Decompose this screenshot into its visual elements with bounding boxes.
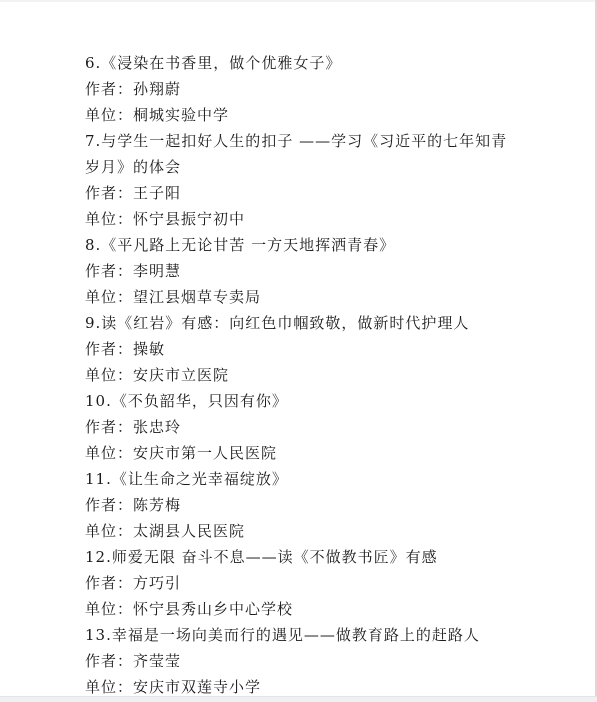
entry-7-title-line1: 7.与学生一起扣好人生的扣子 ——学习《习近平的七年知青 (85, 128, 525, 154)
entry-13-title: 13.幸福是一场向美而行的遇见——做教育路上的赶路人 (85, 622, 525, 648)
entry-12-title: 12.师爱无限 奋斗不息——读《不做教书匠》有感 (85, 544, 525, 570)
entry-8-unit: 单位：望江县烟草专卖局 (85, 284, 525, 310)
entry-11-title: 11.《让生命之光幸福绽放》 (85, 466, 525, 492)
entry-12-unit: 单位：怀宁县秀山乡中心学校 (85, 596, 525, 622)
entry-6-title: 6.《浸染在书香里，做个优雅女子》 (85, 50, 525, 76)
entry-10-title: 10.《不负韶华，只因有你》 (85, 388, 525, 414)
entry-7-title-line2: 岁月》的体会 (85, 154, 525, 180)
entry-12-author: 作者：方巧引 (85, 570, 525, 596)
entry-7-author: 作者：王子阳 (85, 180, 525, 206)
entry-7-unit: 单位：怀宁县振宁初中 (85, 206, 525, 232)
entry-8-title: 8.《平凡路上无论甘苦 一方天地挥洒青春》 (85, 232, 525, 258)
page-bottom-edge (0, 696, 597, 702)
entry-9-unit: 单位：安庆市立医院 (85, 362, 525, 388)
entry-6-unit: 单位：桐城实验中学 (85, 102, 525, 128)
entry-9-author: 作者：操敏 (85, 336, 525, 362)
document-page: 6.《浸染在书香里，做个优雅女子》 作者：孙翔蔚 单位：桐城实验中学 7.与学生… (85, 50, 525, 700)
entry-11-author: 作者：陈芳梅 (85, 492, 525, 518)
entry-13-author: 作者：齐莹莹 (85, 648, 525, 674)
entry-8-author: 作者：李明慧 (85, 258, 525, 284)
entry-6-author: 作者：孙翔蔚 (85, 76, 525, 102)
entry-9-title: 9.读《红岩》有感：向红色巾帼致敬，做新时代护理人 (85, 310, 525, 336)
entry-11-unit: 单位：太湖县人民医院 (85, 518, 525, 544)
entry-10-author: 作者：张忠玲 (85, 414, 525, 440)
entry-10-unit: 单位：安庆市第一人民医院 (85, 440, 525, 466)
top-edge (0, 0, 597, 2)
